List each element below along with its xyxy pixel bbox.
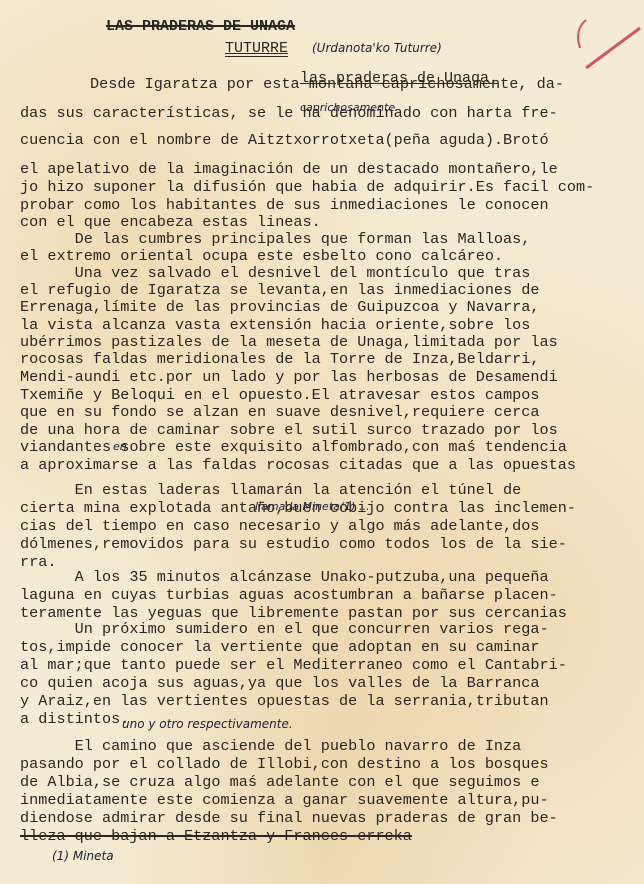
struck-heading: LAS PRADERAS DE UNAGA bbox=[106, 18, 295, 35]
text-line: viandantes sobre este exquisito alfombra… bbox=[20, 440, 567, 455]
text-line: cuencia con el nombre de Aitztxorrotxeta… bbox=[20, 133, 549, 148]
text-line: ubérrimos pastizales de la meseta de Una… bbox=[20, 335, 558, 350]
text-line: diendose admirar desde su final nuevas p… bbox=[20, 811, 558, 826]
text-line: Txemiñe y Beloqui en el opuesto.El atrav… bbox=[20, 388, 540, 403]
text-line: inmediatamente este comienza a ganar sua… bbox=[20, 793, 549, 808]
title-handwritten-note: (Urdanota'ko Tuturre) bbox=[312, 41, 442, 55]
handwritten-insertion: uno y otro respectivamente. bbox=[122, 717, 293, 731]
text-line: lleza que bajan a Etzantza y Frances-err… bbox=[20, 829, 412, 844]
text-line: cias del tiempo en caso necesario y algo… bbox=[20, 519, 540, 534]
text-line: Un próximo sumidero en el que concurren … bbox=[20, 622, 549, 637]
text-line: probar como los habitantes de sus inmedi… bbox=[20, 198, 549, 213]
text-line: Mendi-aundi etc.por un lado y por las he… bbox=[20, 370, 558, 385]
text-line: cierta mina explotada antaño,buen cobijo… bbox=[20, 501, 576, 516]
text-line: laguna en cuyas turbias aguas acostumbra… bbox=[20, 588, 558, 603]
text-line: A los 35 minutos alcánzase Unako-putzuba… bbox=[20, 570, 549, 585]
text-line: que en su fondo se alzan en suave desniv… bbox=[20, 405, 540, 420]
text-line: de Albia,se cruza algo maś adelante con … bbox=[20, 775, 540, 790]
document-page: LAS PRADERAS DE UNAGA TUTURRE (Urdanota'… bbox=[0, 0, 644, 884]
text-line: jo hizo suponer la difusión que habia de… bbox=[20, 180, 594, 195]
red-pencil-mark bbox=[572, 10, 642, 70]
text-line: Una vez salvado el desnivel del montícul… bbox=[20, 266, 530, 281]
text-line: el extremo oriental ocupa este esbelto c… bbox=[20, 249, 503, 264]
text-line: con el que encabeza estas lineas. bbox=[20, 215, 321, 230]
text-line: a distintos. bbox=[20, 712, 129, 727]
text-line: tos,impide conocer la vertiente que adop… bbox=[20, 640, 540, 655]
text-line: y Araiz,en las vertientes opuestas de la… bbox=[20, 694, 549, 709]
text-line: teramente las yeguas que libremente past… bbox=[20, 606, 567, 621]
text-line: el apelativo de la imaginación de un des… bbox=[20, 162, 558, 177]
text-line: En estas laderas llamarán la atención el… bbox=[20, 483, 521, 498]
text-line: Desde Igaratza por esta montaña capricho… bbox=[90, 77, 564, 92]
text-line: das sus características, se le ha denomi… bbox=[20, 106, 558, 121]
text-line: De las cumbres principales que forman la… bbox=[20, 232, 530, 247]
text-line: el refugio de Igaratza se levanta,en las… bbox=[20, 283, 540, 298]
text-line: la vista alcanza vasta extensión hacia o… bbox=[20, 318, 530, 333]
document-title: TUTURRE bbox=[225, 40, 288, 57]
footnote: (1) Mineta bbox=[52, 849, 114, 863]
text-line: El camino que asciende del pueblo navarr… bbox=[20, 739, 521, 754]
text-line: a aproximarse a las faldas rocosas citad… bbox=[20, 458, 576, 473]
text-line: co quien acoja sus aguas,ya que los vall… bbox=[20, 676, 540, 691]
text-line: rocosas faldas meridionales de la Torre … bbox=[20, 352, 540, 367]
text-line: pasando por el collado de Illobi,con des… bbox=[20, 757, 549, 772]
text-line: Errenaga,límite de las provincias de Gui… bbox=[20, 300, 540, 315]
text-line: dólmenes,removidos para su estudio como … bbox=[20, 537, 567, 552]
text-line: de una hora de caminar sobre el sutil su… bbox=[20, 423, 558, 438]
text-line: al mar;que tanto puede ser el Mediterran… bbox=[20, 658, 567, 673]
